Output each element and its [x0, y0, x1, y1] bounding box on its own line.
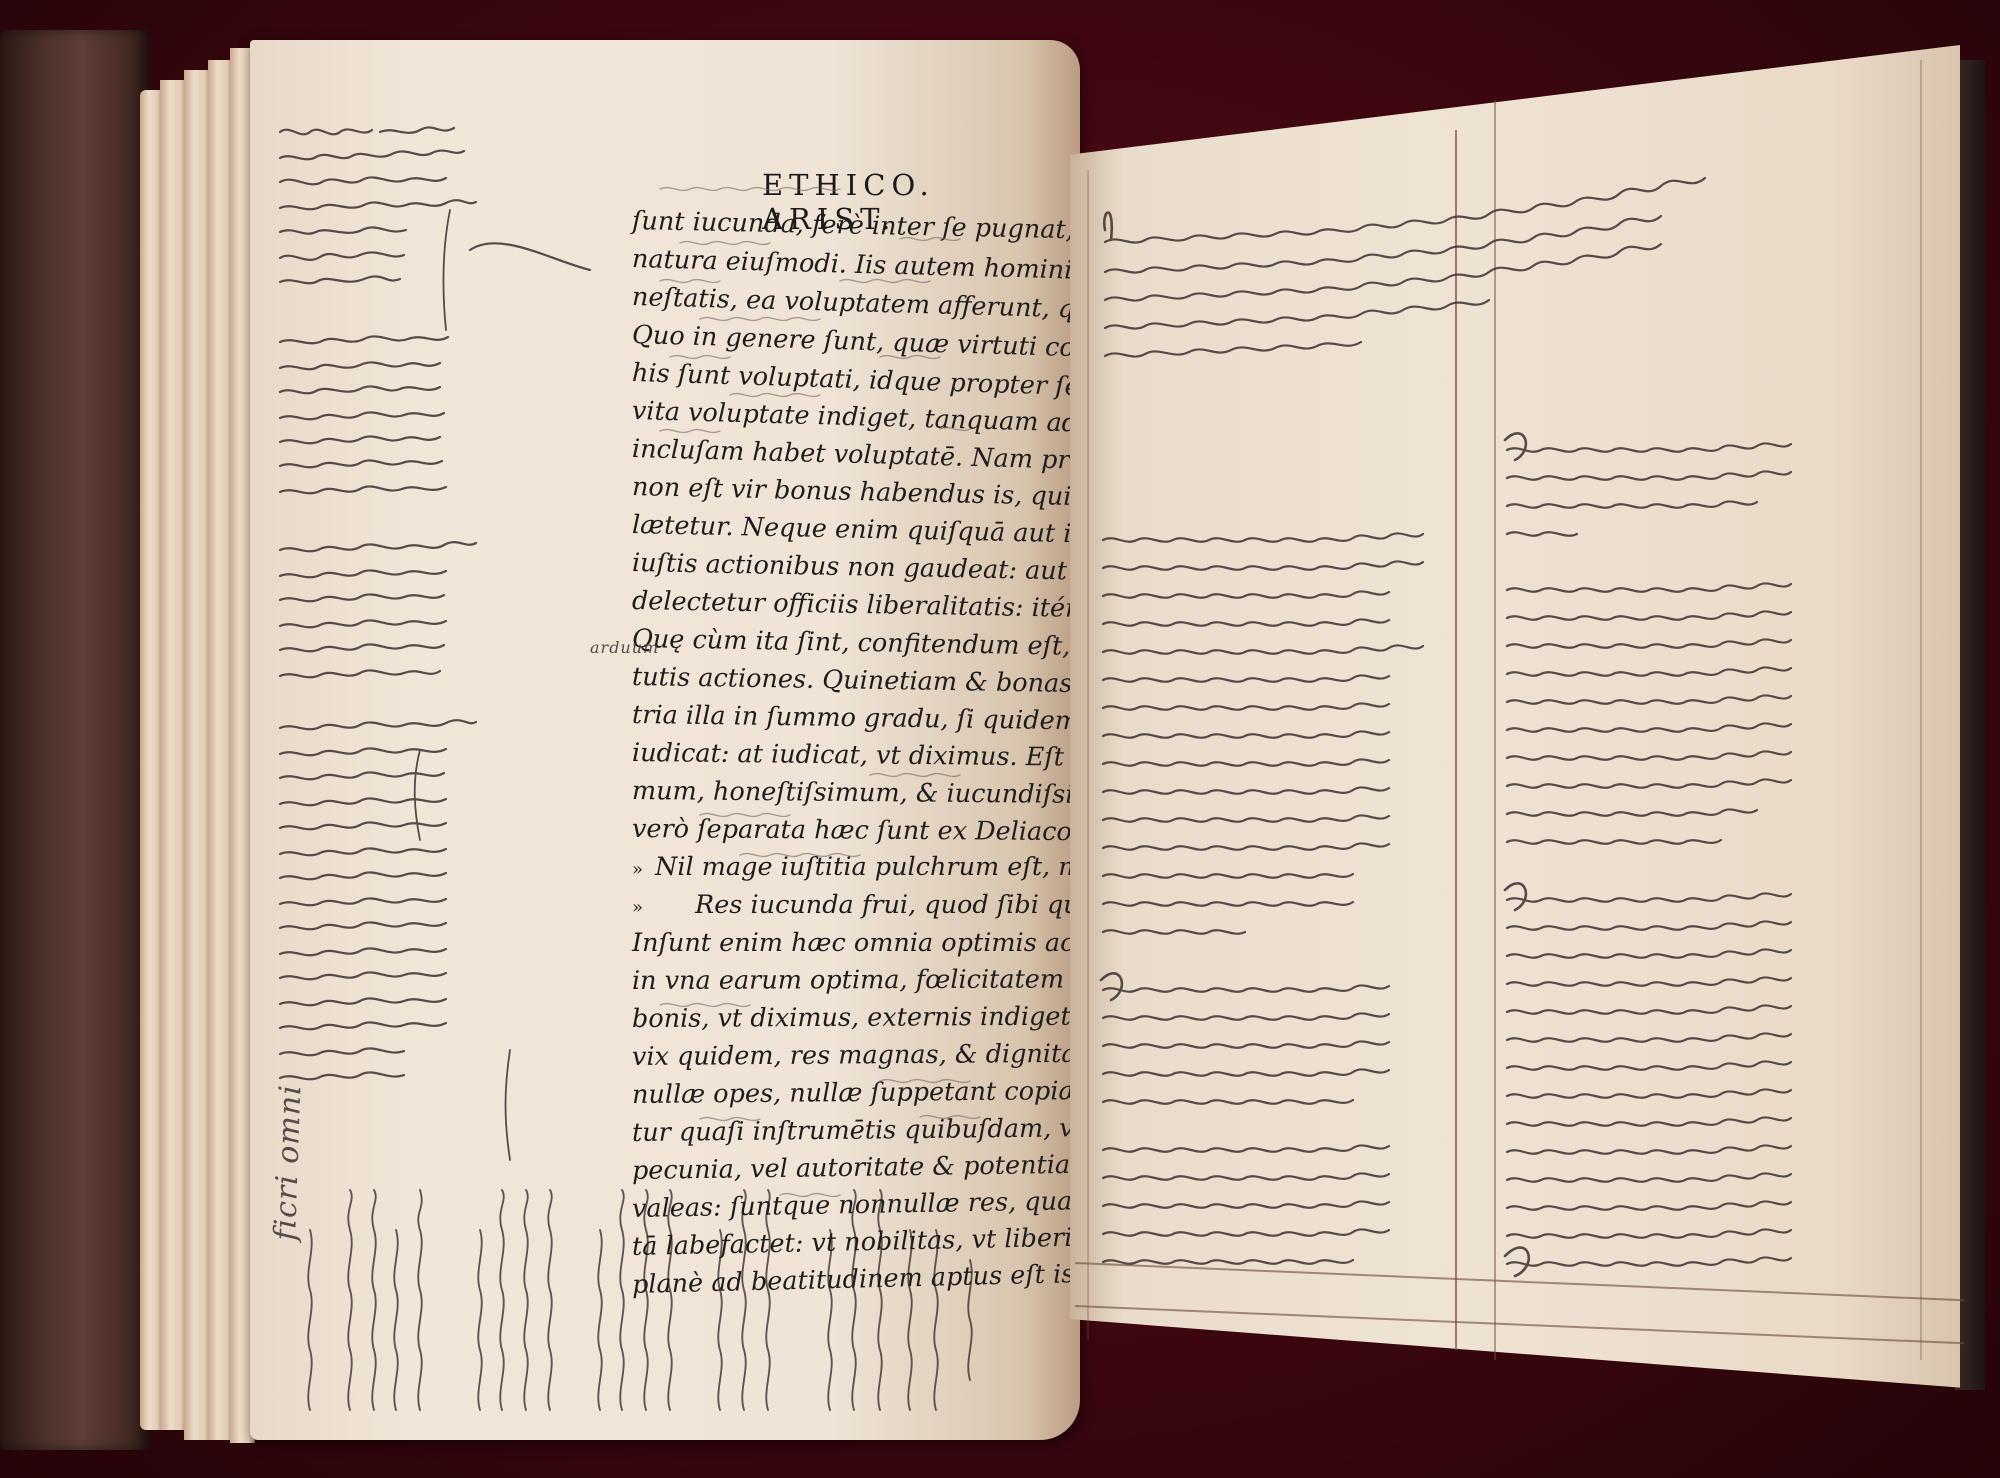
page-edge	[184, 70, 211, 1440]
leather-cover-spine	[0, 30, 150, 1450]
margin-annotations-left	[270, 120, 640, 1300]
ruling-line	[1087, 170, 1089, 1340]
manuscript-notes-right	[1095, 160, 1935, 1280]
margin-note-fragment: arduum	[590, 638, 659, 657]
margin-note-fragment: ficri omni	[268, 1084, 308, 1242]
interlinear-annotations	[640, 185, 1060, 1305]
page-edge	[160, 80, 187, 1430]
